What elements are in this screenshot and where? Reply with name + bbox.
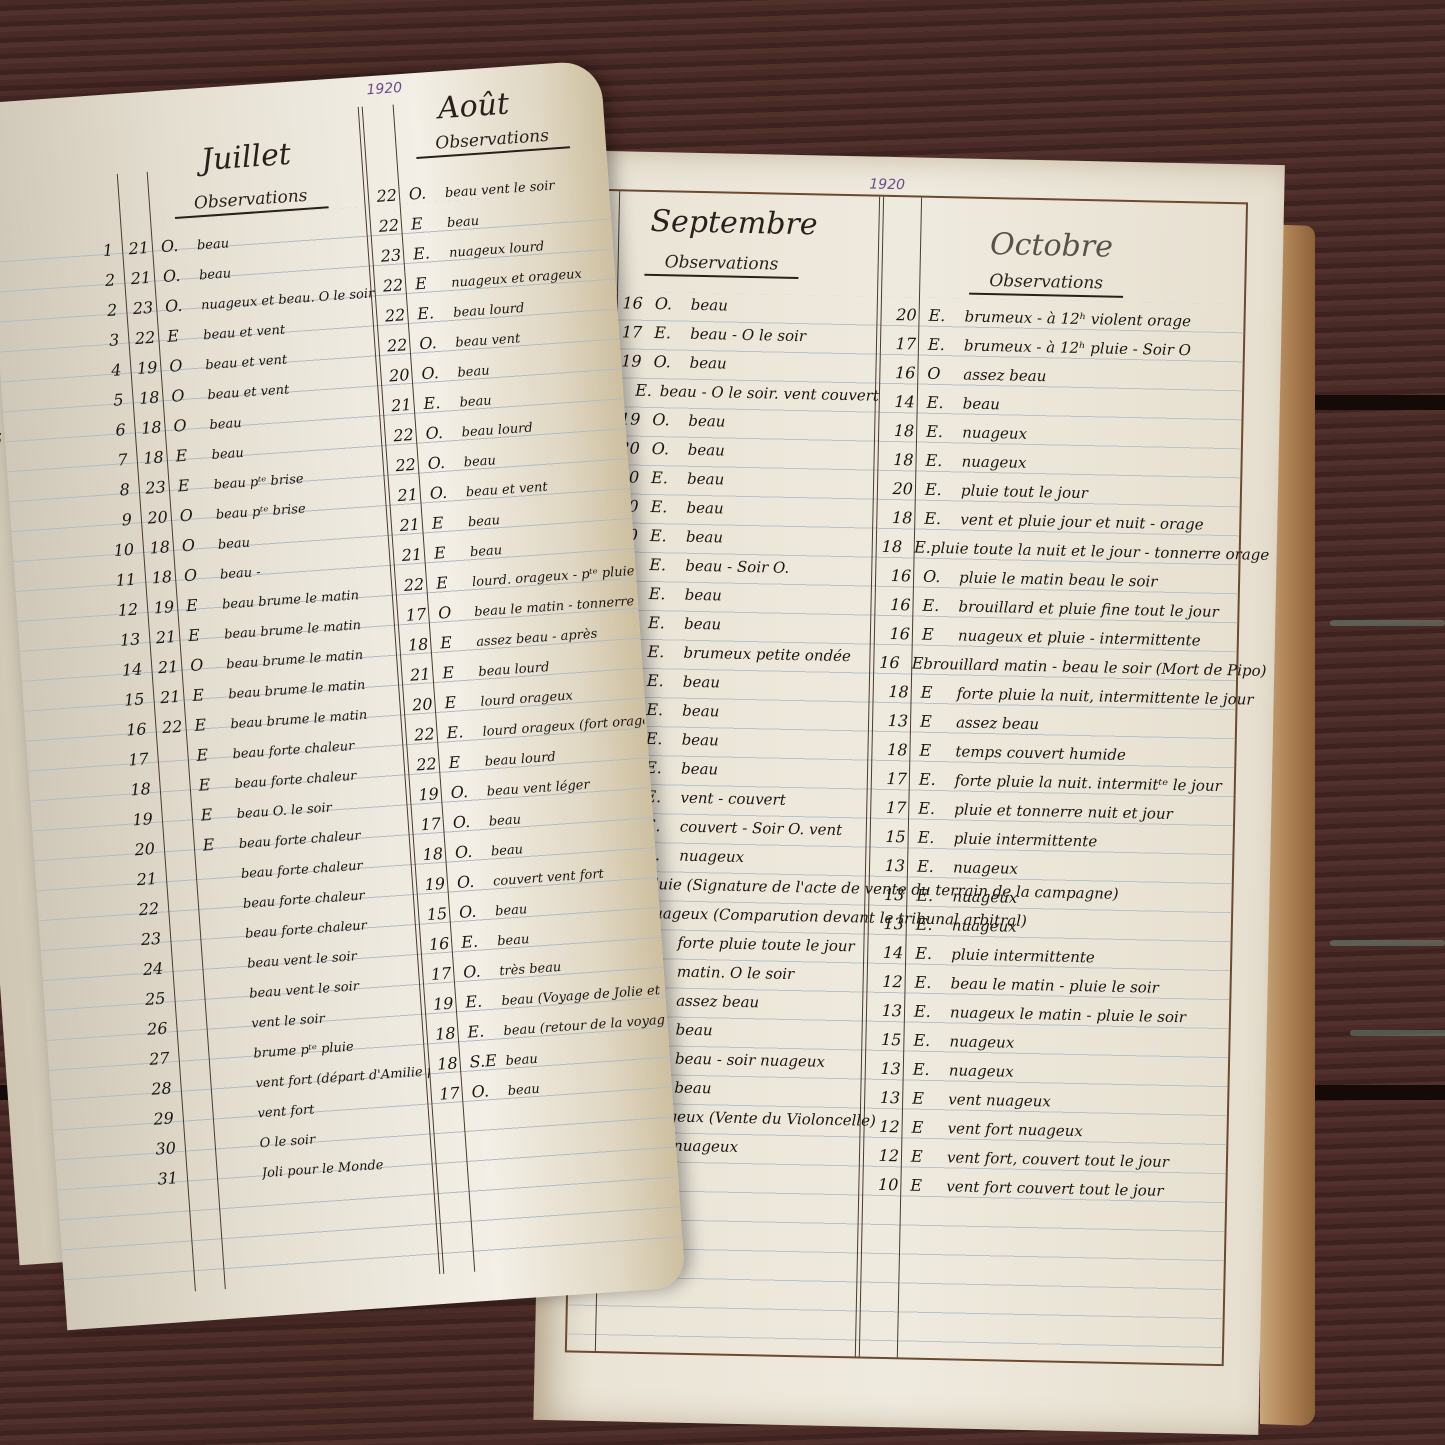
row-date: 26 (141, 1018, 174, 1039)
row-wind-direction: E. (643, 555, 685, 575)
row-degrees: 20 (883, 479, 919, 499)
row-degrees: 18 (129, 387, 166, 408)
row-degrees: 14 (885, 392, 921, 412)
row-degrees: 22 (377, 335, 414, 356)
row-date: 13 (114, 629, 147, 650)
row-degrees: 13 (878, 711, 914, 731)
row-date: 28 (145, 1078, 178, 1099)
row-degrees: 21 (391, 544, 428, 565)
row-wind-direction: E. (629, 381, 660, 401)
row-wind-direction: E. (912, 799, 954, 819)
row-degrees: 21 (389, 514, 426, 535)
row-wind-direction: E. (643, 584, 685, 604)
row-degrees: 22 (404, 724, 441, 745)
row-wind-direction: E (905, 1117, 947, 1137)
row-degrees: 22 (366, 185, 403, 206)
month-title-septembre: Septembre (650, 204, 818, 242)
wood-paint-stain (1330, 620, 1445, 626)
row-degrees: 18 (412, 843, 449, 864)
row-degrees: 20 (886, 305, 922, 325)
row-degrees: 18 (398, 634, 435, 655)
row-degrees: 19 (408, 784, 445, 805)
row-degrees: 22 (152, 716, 189, 737)
row-date: 21 (130, 868, 163, 889)
row-wind-direction: E. (640, 700, 682, 720)
row-wind-direction: O. (917, 567, 959, 587)
row-wind-direction: E. (641, 642, 683, 662)
row-degrees: 21 (120, 267, 157, 288)
row-degrees: 16 (613, 293, 649, 313)
row-degrees: 18 (141, 567, 178, 588)
row-wind-direction: O. (649, 294, 691, 314)
row-degrees: 12 (869, 1146, 905, 1166)
row-date: 27 (143, 1048, 176, 1069)
row-degrees: 20 (137, 507, 174, 528)
row-degrees: 18 (427, 1053, 464, 1074)
row-date: 23 (135, 928, 168, 949)
row-degrees: 16 (881, 566, 917, 586)
row-degrees: 13 (874, 885, 910, 905)
row-wind-direction: E. (922, 335, 964, 355)
wood-paint-stain (1350, 1030, 1445, 1036)
row-wind-direction: O. (646, 410, 688, 430)
row-wind-direction: E. (641, 671, 683, 691)
row-wind-direction: E (905, 653, 923, 672)
row-degrees: 16 (880, 595, 916, 615)
row-date: 3 (93, 330, 126, 351)
row-date: 5 (97, 390, 130, 411)
row-date: 12 (112, 599, 145, 620)
row-degrees: 20 (402, 694, 439, 715)
row-date: 2 (91, 300, 124, 321)
row-degrees: 21 (146, 627, 183, 648)
row-degrees: 22 (373, 275, 410, 296)
row-degrees: 18 (882, 537, 909, 557)
row-wind-direction: E (906, 1088, 948, 1108)
row-wind-direction: E. (644, 526, 686, 546)
row-degrees: 16 (879, 653, 906, 673)
row-wind-direction: E. (919, 480, 961, 500)
row-date: 17 (122, 749, 155, 770)
observations-label: Observations (969, 271, 1123, 298)
row-degrees: 20 (379, 365, 416, 386)
row-date: 4 (95, 360, 128, 381)
row-degrees: 23 (123, 297, 160, 318)
row-degrees: 18 (133, 447, 170, 468)
row-degrees: 23 (371, 245, 408, 266)
row-date: 25 (139, 988, 172, 1009)
row-degrees: 17 (429, 1083, 466, 1104)
row-degrees: 19 (423, 993, 460, 1014)
row-degrees: 15 (875, 827, 911, 847)
row-degrees: 22 (375, 305, 412, 326)
row-degrees: 15 (871, 1030, 907, 1050)
row-degrees: 12 (869, 1117, 905, 1137)
row-degrees: 17 (877, 769, 913, 789)
row-degrees: 17 (886, 334, 922, 354)
row-wind-direction: E. (645, 468, 687, 488)
row-degrees: 10 (868, 1175, 904, 1195)
row-wind-direction: E. (642, 613, 684, 633)
month-title-juillet: Juillet (200, 137, 292, 178)
row-degrees: 15 (417, 903, 454, 924)
row-wind-direction: E. (644, 497, 686, 517)
month-title-octobre: Octobre (990, 227, 1114, 265)
row-wind-direction: E (916, 625, 958, 645)
row-date: 2 (89, 270, 122, 291)
row-wind-direction: E. (648, 323, 690, 343)
row-wind-direction: E (913, 741, 955, 761)
row-degrees: 13 (874, 914, 910, 934)
row-wind-direction: E. (910, 886, 952, 906)
month-title-aout: Août (437, 87, 510, 127)
row-degrees: 18 (882, 508, 918, 528)
row-degrees: 19 (127, 357, 164, 378)
row-degrees: 19 (414, 873, 451, 894)
row-wind-direction: E (914, 712, 956, 732)
observations-label: Observations (415, 124, 570, 159)
row-degrees: 16 (885, 363, 921, 383)
row-degrees: 17 (876, 798, 912, 818)
row-date: 20 (128, 839, 161, 860)
row-degrees: 13 (872, 1001, 908, 1021)
row-date: 15 (118, 689, 151, 710)
row-degrees: 21 (150, 686, 187, 707)
row-wind-direction: E. (919, 451, 961, 471)
row-wind-direction: E. (918, 509, 960, 529)
row-date: 19 (126, 809, 159, 830)
row-degrees: 17 (421, 963, 458, 984)
row-date: 1 (86, 240, 119, 261)
row-wind-direction: E (904, 1175, 946, 1195)
row-degrees: 14 (873, 943, 909, 963)
row-wind-direction: E (915, 683, 957, 703)
wood-paint-stain (1330, 940, 1445, 946)
row-date: 18 (124, 779, 157, 800)
row-date: 16 (120, 719, 153, 740)
row-wind-direction: E. (911, 828, 953, 848)
row-date: 6 (99, 420, 132, 441)
row-date: 14 (116, 659, 149, 680)
row-date: 7 (101, 450, 134, 471)
row-wind-direction: E (905, 1146, 947, 1166)
row-degrees: 17 (396, 604, 433, 625)
row-wind-direction: E. (909, 943, 951, 963)
row-degrees: 22 (406, 754, 443, 775)
row-degrees: 18 (879, 682, 915, 702)
row-degrees: 16 (880, 624, 916, 644)
row-degrees: 18 (139, 537, 176, 558)
row-date: 10 (107, 539, 140, 560)
row-degrees: 23 (135, 477, 172, 498)
row-wind-direction: E. (907, 1059, 949, 1079)
year-mark: 1920 (869, 176, 905, 193)
row-wind-direction: O. (647, 352, 689, 372)
row-wind-direction: E. (913, 770, 955, 790)
row-degrees: 16 (419, 933, 456, 954)
row-degrees: 21 (387, 484, 424, 505)
row-degrees: 21 (400, 664, 437, 685)
row-wind-direction: E. (907, 1030, 949, 1050)
row-degrees: 21 (118, 238, 155, 259)
row-degrees: 19 (143, 597, 180, 618)
row-wind-direction: O (921, 364, 963, 384)
row-degrees: 18 (425, 1023, 462, 1044)
row-date: 11 (109, 569, 142, 590)
row-wind-direction: E. (908, 537, 931, 556)
octobre-rows: 20E.brumeux - à 12ʰ violent orage17E.bru… (868, 295, 1267, 1202)
row-degrees: 13 (870, 1088, 906, 1108)
row-degrees: 21 (148, 656, 185, 677)
row-wind-direction: O. (646, 439, 688, 459)
row-date: 9 (105, 509, 138, 530)
observations-label: Observations (644, 252, 798, 279)
row-degrees: 18 (877, 740, 913, 760)
left-page: 1920 Juillet Observations Août Observati… (0, 60, 686, 1330)
row-date: 30 (149, 1138, 182, 1159)
row-degrees: 18 (131, 417, 168, 438)
row-date: 31 (151, 1168, 184, 1189)
row-degrees: 22 (383, 425, 420, 446)
row-degrees: 13 (875, 856, 911, 876)
row-wind-direction: E. (921, 393, 963, 413)
row-wind-direction: E. (916, 596, 958, 616)
row-date: 8 (103, 479, 136, 500)
row-wind-direction: E. (920, 422, 962, 442)
row-wind-direction: E. (908, 972, 950, 992)
row-degrees: 13 (871, 1059, 907, 1079)
row-degrees: 22 (394, 574, 431, 595)
row-degrees: 22 (125, 327, 162, 348)
row-degrees: 22 (368, 215, 405, 236)
row-wind-direction: O. (465, 1080, 508, 1102)
row-degrees: 22 (385, 454, 422, 475)
row-degrees: 18 (883, 450, 919, 470)
row-date: 22 (133, 898, 166, 919)
row-degrees: 21 (381, 395, 418, 416)
row-degrees: 12 (872, 972, 908, 992)
row-wind-direction: E. (911, 857, 953, 877)
row-wind-direction: E. (908, 1001, 950, 1021)
row-degrees: 17 (410, 814, 447, 835)
year-mark: 1920 (366, 80, 403, 98)
row-degrees: 18 (884, 421, 920, 441)
row-date: 29 (147, 1108, 180, 1129)
row-wind-direction: E. (910, 914, 952, 934)
row-wind-direction: E. (922, 306, 964, 326)
row-date: 24 (137, 958, 170, 979)
